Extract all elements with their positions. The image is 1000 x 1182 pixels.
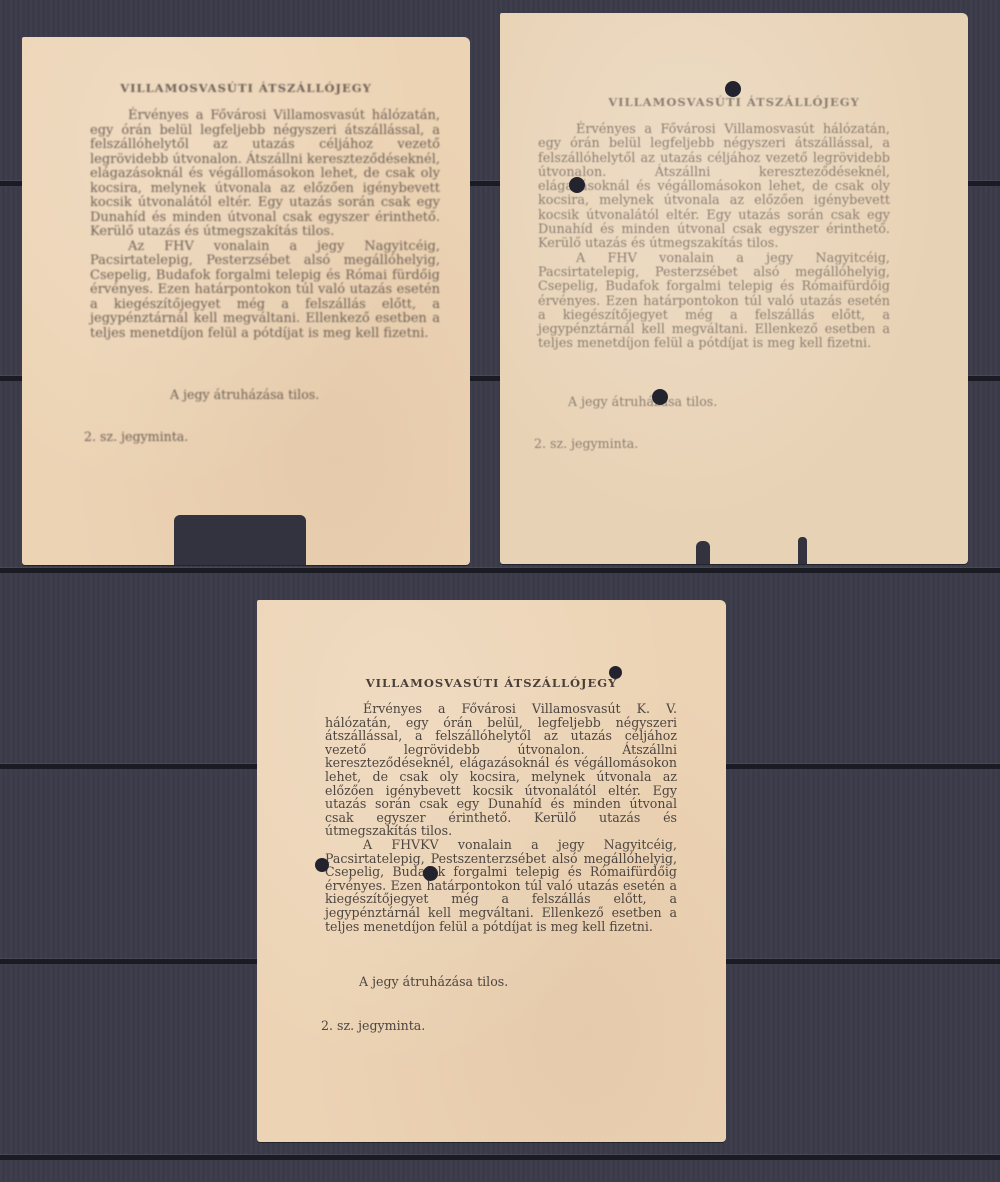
ticket-closing: A jegy átruházása tilos. <box>568 394 717 409</box>
ticket-top-right: VILLAMOSVASÚTI ÁTSZÁLLÓJEGY Érvényes a F… <box>500 13 968 564</box>
punch-hole <box>652 389 668 405</box>
ticket-footer: 2. sz. jegyminta. <box>84 429 188 444</box>
ticket-footer: 2. sz. jegyminta. <box>534 436 638 451</box>
ticket-paragraph: Az FHV vonalain a jegy Nagyitcéig, Pacsi… <box>90 240 440 342</box>
ticket-title: VILLAMOSVASÚTI ÁTSZÁLLÓJEGY <box>257 676 726 690</box>
ticket-body: Érvényes a Fővárosi Villamosvasút hálóza… <box>538 123 890 352</box>
ticket-paragraph: Érvényes a Fővárosi Villamosvasút hálóza… <box>90 109 440 240</box>
punch-hole <box>423 866 438 881</box>
stock-strip-line <box>0 568 1000 573</box>
ticket-paragraph: Érvényes a Fővárosi Villamosvasút K. V. … <box>325 702 677 838</box>
ticket-paragraph: A FHV vonalain a jegy Nagyitcéig, Pacsir… <box>538 252 890 352</box>
torn-notch <box>696 541 710 564</box>
ticket-body: Érvényes a Fővárosi Villamosvasút K. V. … <box>325 702 677 933</box>
ticket-paragraph: A FHVKV vonalain a jegy Nagyitcéig, Pacs… <box>325 838 677 933</box>
ticket-body: Érvényes a Fővárosi Villamosvasút hálóza… <box>90 109 440 341</box>
punch-hole <box>609 666 622 679</box>
stock-strip-line <box>0 1155 1000 1160</box>
punch-hole <box>569 177 585 193</box>
ticket-top-left: VILLAMOSVASÚTI ÁTSZÁLLÓJEGY Érvényes a F… <box>22 37 470 565</box>
ticket-title: VILLAMOSVASÚTI ÁTSZÁLLÓJEGY <box>500 95 968 109</box>
torn-notch <box>798 537 807 564</box>
ticket-closing: A jegy átruházása tilos. <box>170 387 319 402</box>
ticket-bottom: VILLAMOSVASÚTI ÁTSZÁLLÓJEGY Érvényes a F… <box>257 600 726 1142</box>
punch-hole <box>725 81 741 97</box>
ticket-title: VILLAMOSVASÚTI ÁTSZÁLLÓJEGY <box>22 81 470 95</box>
punch-hole <box>315 858 329 872</box>
ticket-closing: A jegy átruházása tilos. <box>359 974 508 989</box>
ticket-footer: 2. sz. jegyminta. <box>321 1018 425 1033</box>
torn-notch <box>174 515 306 565</box>
ticket-paragraph: Érvényes a Fővárosi Villamosvasút hálóza… <box>538 123 890 252</box>
